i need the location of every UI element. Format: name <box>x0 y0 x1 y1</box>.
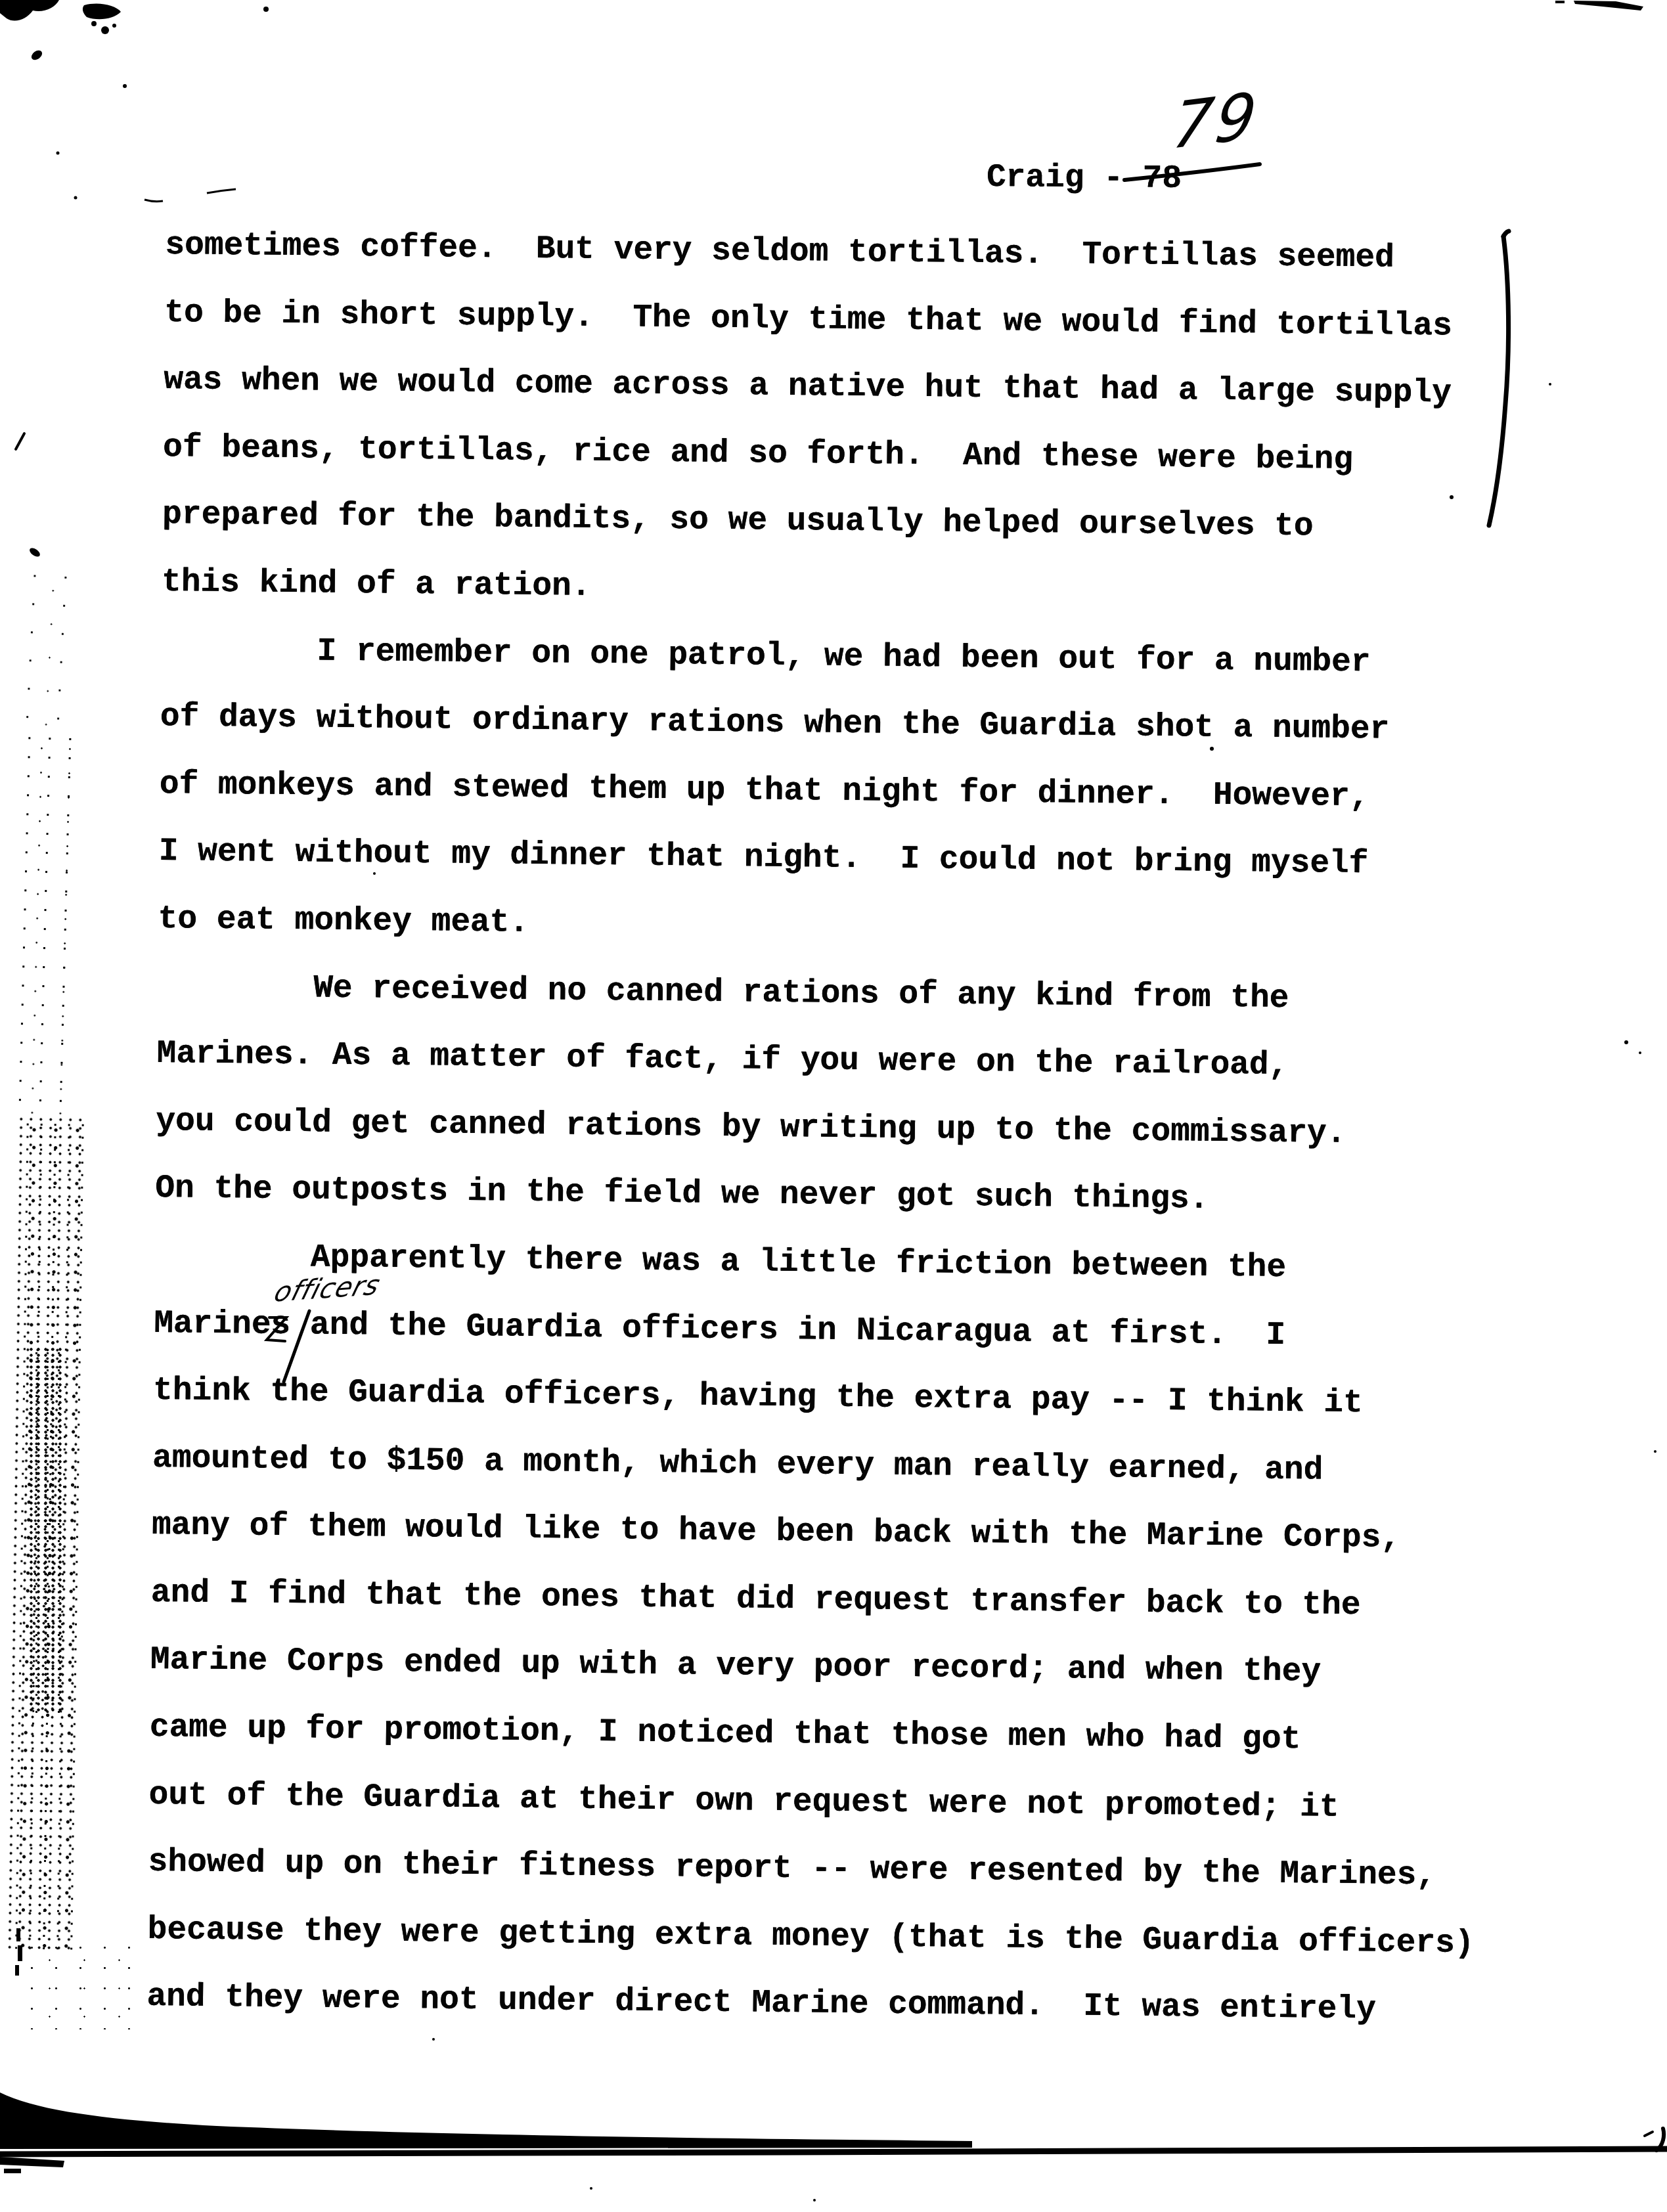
scan-speckle-band <box>20 1937 131 2029</box>
bottom-rule <box>0 2129 1667 2154</box>
header-name: Craig - <box>987 159 1143 197</box>
scan-speckle-band <box>12 561 69 728</box>
margin-tick <box>16 433 24 449</box>
scan-speckle-band <box>28 1346 66 1714</box>
page-header: Craig - 78 <box>987 159 1182 197</box>
typed-text: sometimes coffee. But very seldom tortil… <box>146 211 1611 2046</box>
scan-speckle-band <box>9 728 77 1117</box>
bottom-edge-shadow <box>0 2092 972 2173</box>
margin-ink-spot <box>28 546 41 559</box>
edge-streak-top-right <box>1555 1 1643 11</box>
scanned-transcript-page: Craig - 78 79 officers sometimes coffee.… <box>0 0 1667 2212</box>
toner-blob-top-left <box>0 0 269 202</box>
typed-line: and they were not under direct Marine co… <box>146 1963 1592 2046</box>
handwritten-page-number: 79 <box>1168 78 1262 164</box>
header-struck-page-number: 78 <box>1142 160 1182 197</box>
